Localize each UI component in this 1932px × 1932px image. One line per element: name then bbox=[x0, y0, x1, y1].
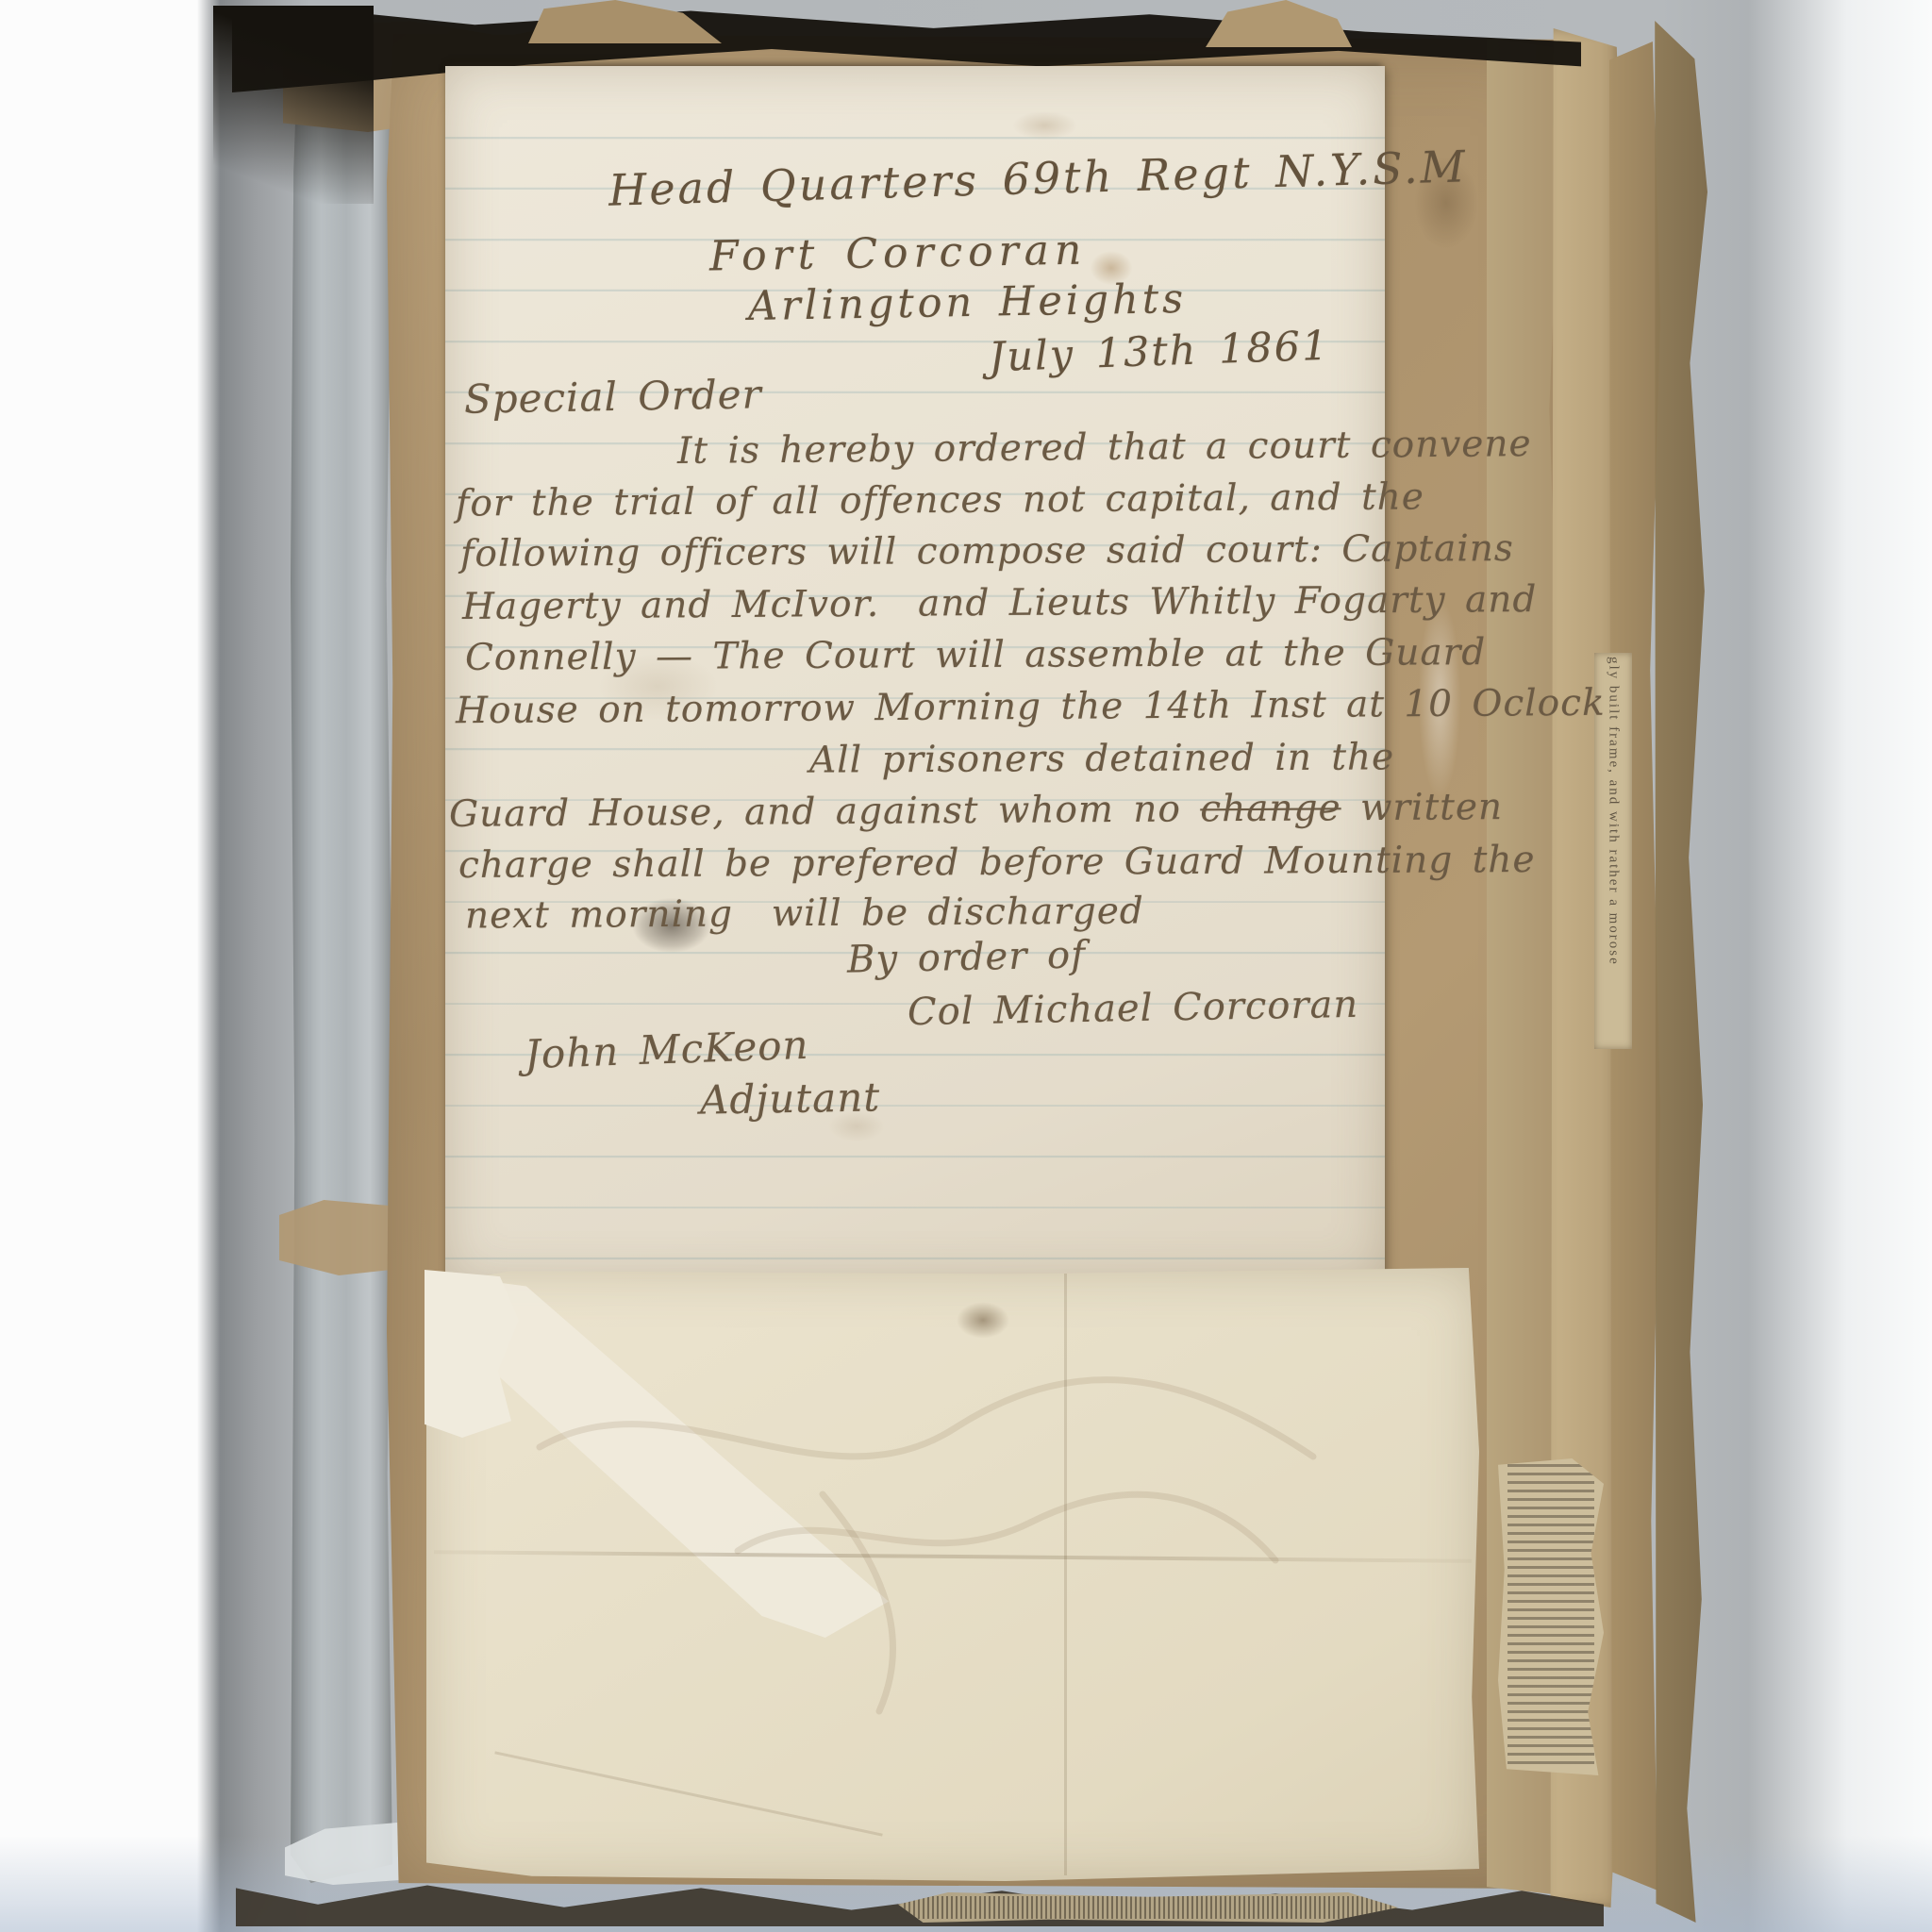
newsprint-bottom-sliver bbox=[898, 1892, 1398, 1923]
ghost-writing-show-through bbox=[426, 1268, 1479, 1881]
letter-body-line: Hagerty and McIvor. and Lieuts Whitly Fo… bbox=[462, 578, 1538, 628]
letter-body-line: All prisoners detained in the bbox=[809, 736, 1394, 781]
book-top-left-shadow bbox=[213, 6, 374, 204]
letter-heading-line-3: Arlington Heights bbox=[748, 275, 1188, 330]
newsprint-clipping-block bbox=[1498, 1458, 1604, 1775]
letter-heading-line-2: Fort Corcoran bbox=[709, 226, 1088, 281]
letter-body-line: for the trial of all offences not capita… bbox=[456, 475, 1424, 525]
letter-closing-line-2: Col Michael Corcoran bbox=[908, 983, 1359, 1034]
struck-word: change bbox=[1200, 787, 1341, 830]
stain bbox=[1000, 106, 1090, 145]
letter-body-line: Connelly — The Court will assemble at th… bbox=[465, 631, 1487, 679]
letter-body-text: Guard House, and against whom no bbox=[449, 788, 1201, 836]
letter-body-line: It is hereby ordered that a court conven… bbox=[677, 423, 1532, 473]
letter-body-line-with-strikethrough: Guard House, and against whom no change … bbox=[449, 786, 1503, 836]
letter-closing-line-1: By order of bbox=[847, 933, 1087, 981]
letter-body-line: charge shall be prefered before Guard Mo… bbox=[458, 839, 1536, 887]
left-page-edge bbox=[291, 23, 392, 1883]
letter-signature-title: Adjutant bbox=[700, 1074, 881, 1123]
letter-body-line: next morning will be discharged bbox=[465, 890, 1144, 937]
letter-order-label: Special Order bbox=[464, 371, 762, 423]
letter-body-line: House on tomorrow Morning the 14th Inst … bbox=[456, 682, 1606, 733]
letter-body-text: written bbox=[1341, 786, 1503, 829]
letter-body-line: following officers will compose said cou… bbox=[460, 527, 1514, 575]
newsprint-fragment-text: gly built frame, and with rather a moros… bbox=[1606, 657, 1622, 966]
scrapbook-scan: gly built frame, and with rather a moros… bbox=[0, 0, 1932, 1932]
